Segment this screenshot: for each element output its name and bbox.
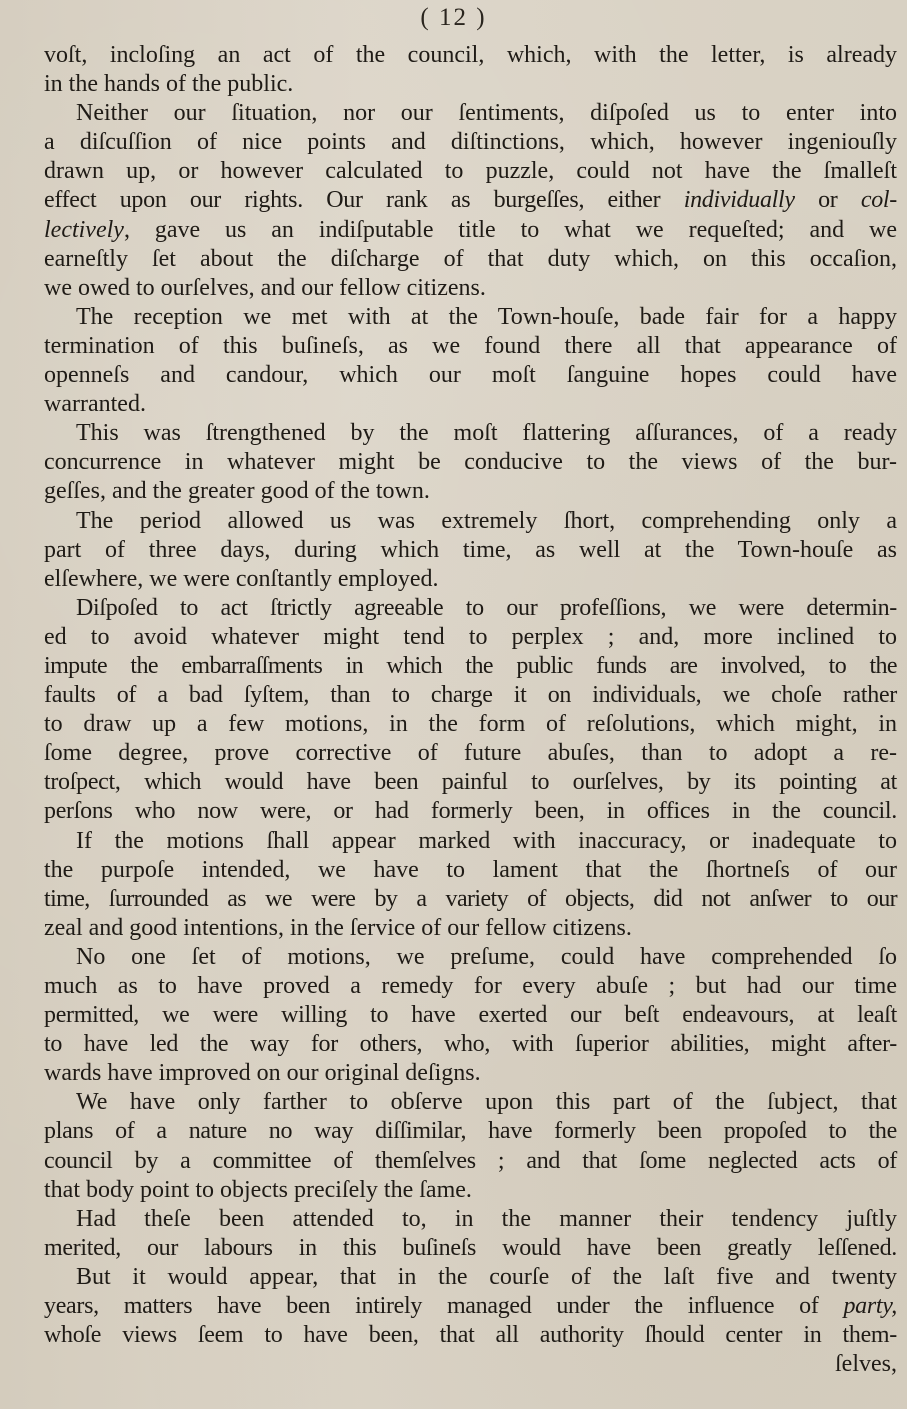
text-line: elſewhere, we were conſtantly employed. [44,565,897,594]
text-fragment: or [795,187,861,213]
text-line: permitted, we were willing to have exert… [44,1001,897,1030]
text-line: we owed to ourſelves, and our fellow cit… [44,274,897,303]
text-line: concurrence in whatever might be conduci… [44,448,897,477]
text-fragment: years, matters have been intirely manage… [44,1293,843,1319]
text-line: voſt, incloſing an act of the council, w… [44,41,897,70]
text-line: wards have improved on our original deſi… [44,1059,897,1088]
text-line: that body point to objects preciſely the… [44,1176,897,1205]
italic-text: party, [843,1293,897,1319]
text-line: the purpoſe intended, we have to lament … [44,856,897,885]
text-line: part of three days, during which time, a… [44,536,897,565]
text-line: ſome degree, prove corrective of future … [44,739,897,768]
paragraph-start-line: The reception we met with at the Town-ho… [44,303,897,332]
italic-text: individually [684,187,795,213]
text-line: to draw up a few motions, in the form of… [44,710,897,739]
italic-text: col- [861,187,897,213]
text-line: openneſs and candour, which our moſt ſan… [44,361,897,390]
text-line: lectively, gave us an indiſputable title… [44,216,897,245]
paragraph-start-line: Diſpoſed to act ſtrictly agreeable to ou… [44,594,897,623]
catchword: ſelves, [44,1350,897,1379]
paragraph-start-line: This was ſtrengthened by the moſt flatte… [44,419,897,448]
text-line: termination of this buſineſs, as we foun… [44,332,897,361]
text-fragment: , gave us an indiſputable title to what … [124,217,897,243]
paragraph-start-line: Had theſe been attended to, in the manne… [44,1205,897,1234]
text-line: years, matters have been intirely manage… [44,1292,897,1321]
text-line: drawn up, or however calculated to puzzl… [44,157,897,186]
text-line: geſſes, and the greater good of the town… [44,477,897,506]
page-number: ( 12 ) [0,4,907,32]
text-line: much as to have proved a remedy for ever… [44,972,897,1001]
text-line: plans of a nature no way diſſimilar, hav… [44,1117,897,1146]
text-line: to have led the way for others, who, wit… [44,1030,897,1059]
text-line: time, ſurrounded as we were by a variety… [44,885,897,914]
paragraph-start-line: We have only farther to obſerve upon thi… [44,1088,897,1117]
text-line: council by a committee of themſelves ; a… [44,1147,897,1176]
text-line: ed to avoid whatever might tend to perpl… [44,623,897,652]
text-line: troſpect, which would have been painful … [44,768,897,797]
text-line: effect upon our rights. Our rank as burg… [44,186,897,215]
text-line: whoſe views ſeem to have been, that all … [44,1321,897,1350]
paragraph-start-line: No one ſet of motions, we preſume, could… [44,943,897,972]
text-line: merited, our labours in this buſineſs wo… [44,1234,897,1263]
text-line: in the hands of the public. [44,70,897,99]
text-line: faults of a bad ſyſtem, than to charge i… [44,681,897,710]
paragraph-start-line: Neither our ſituation, nor our ſentiment… [44,99,897,128]
text-line: warranted. [44,390,897,419]
body-text: voſt, incloſing an act of the council, w… [44,41,897,1379]
italic-text: lectively [44,217,124,243]
text-line: earneſtly ſet about the diſcharge of tha… [44,245,897,274]
text-line: a diſcuſſion of nice points and diſtinct… [44,128,897,157]
text-line: zeal and good intentions, in the ſervice… [44,914,897,943]
paragraph-start-line: The period allowed us was extremely ſhor… [44,507,897,536]
paragraph-start-line: If the motions ſhall appear marked with … [44,827,897,856]
text-line: perſons who now were, or had formerly be… [44,797,897,826]
paragraph-start-line: But it would appear, that in the courſe … [44,1263,897,1292]
text-fragment: effect upon our rights. Our rank as burg… [44,187,684,213]
book-page: ( 12 ) voſt, incloſing an act of the cou… [0,0,907,1409]
text-line: impute the embarraſſments in which the p… [44,652,897,681]
